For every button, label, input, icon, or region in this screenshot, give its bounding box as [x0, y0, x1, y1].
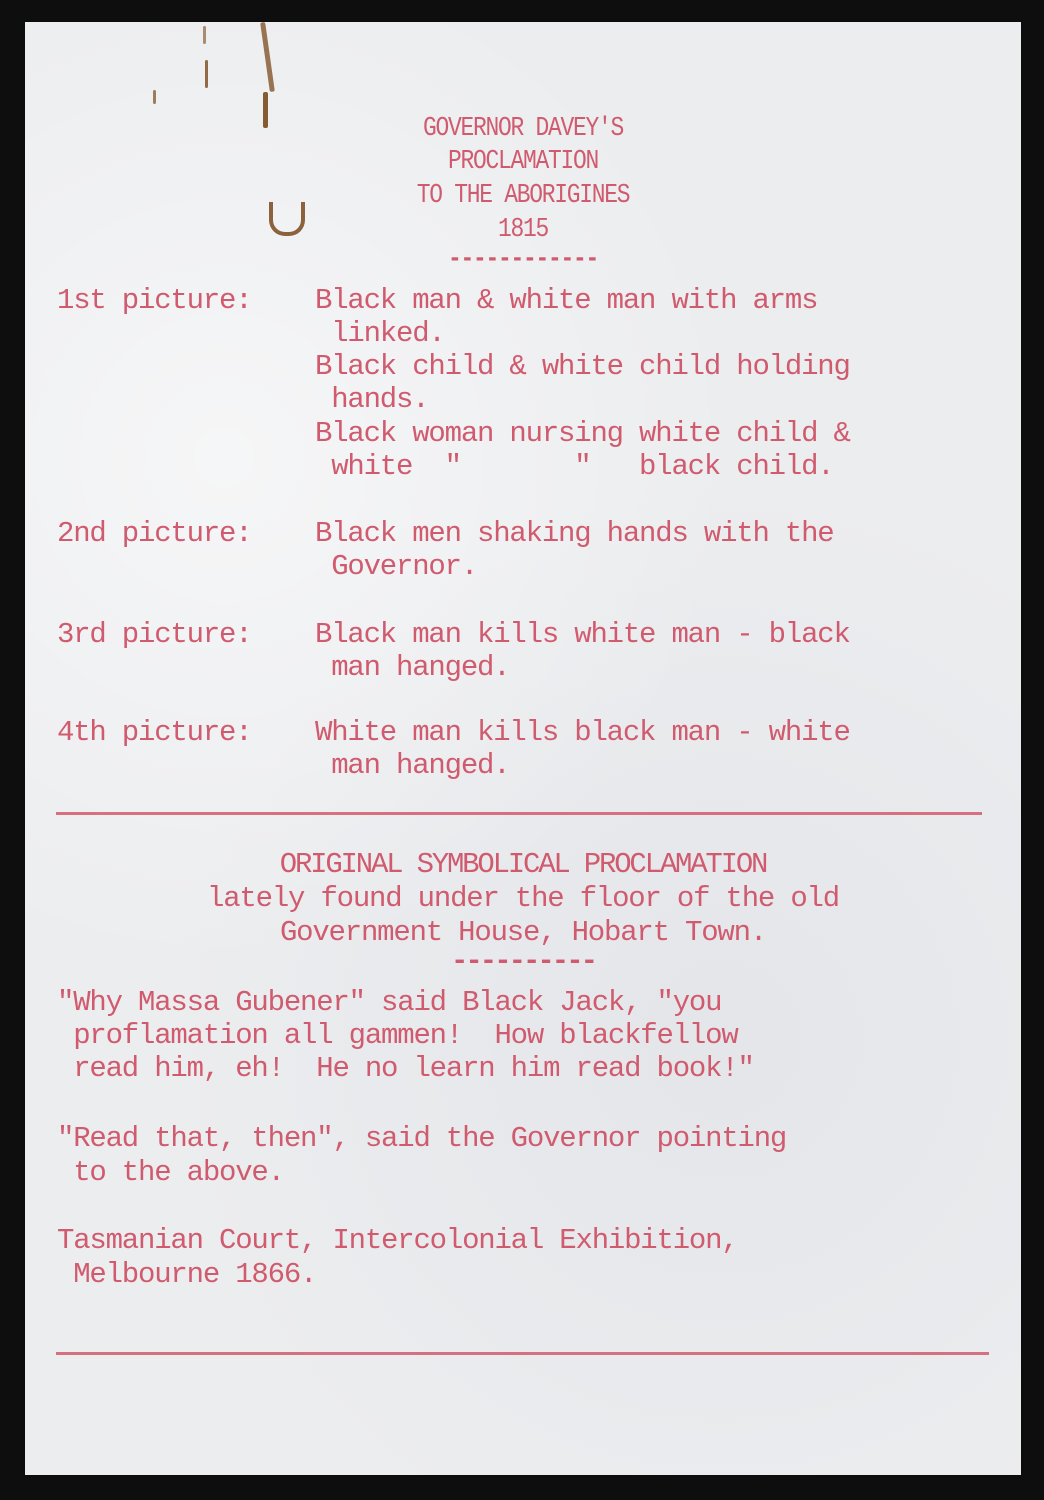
- section2-heading: ORIGINAL SYMBOLICAL PROCLAMATION: [25, 848, 1021, 881]
- picture-line: man hanged.: [315, 749, 509, 782]
- typed-document-page: GOVERNOR DAVEY'S PROCLAMATION TO THE ABO…: [25, 22, 1021, 1475]
- picture-line: Black man kills white man - black: [315, 618, 850, 651]
- quote-1-line: read him, eh! He no learn him read book!…: [57, 1052, 754, 1085]
- rust-stain: [153, 90, 156, 104]
- picture-label: 3rd picture:: [57, 618, 251, 651]
- picture-line: Black child & white child holding: [315, 350, 850, 383]
- picture-label: 4th picture:: [57, 716, 251, 749]
- quote-1-line: proflamation all gammen! How blackfellow: [57, 1019, 738, 1052]
- picture-label: 2nd picture:: [57, 517, 251, 550]
- bottom-divider-rule: [56, 1352, 989, 1355]
- picture-label: 1st picture:: [57, 284, 251, 317]
- picture-line: White man kills black man - white: [315, 716, 850, 749]
- quote-2-line: to the above.: [57, 1156, 284, 1189]
- title-year: 1815: [100, 214, 947, 247]
- quote-2-line: "Read that, then", said the Governor poi…: [57, 1122, 786, 1155]
- title-divider: ------------: [100, 244, 947, 277]
- rust-stain: [203, 26, 206, 44]
- quote-1-line: "Why Massa Gubener" said Black Jack, "yo…: [57, 986, 721, 1019]
- picture-line: linked.: [315, 317, 445, 350]
- picture-line: white " " black child.: [315, 450, 834, 483]
- section2-subheading: lately found under the floor of the old: [25, 882, 1021, 915]
- rust-stain: [260, 22, 275, 92]
- title-line: PROCLAMATION: [100, 146, 947, 179]
- source-line: Melbourne 1866.: [57, 1258, 316, 1291]
- picture-line: Black woman nursing white child &: [315, 417, 850, 450]
- source-line: Tasmanian Court, Intercolonial Exhibitio…: [57, 1224, 738, 1257]
- picture-line: Governor.: [315, 550, 477, 583]
- rust-stain: [205, 60, 208, 88]
- picture-line: hands.: [315, 383, 428, 416]
- picture-line: man hanged.: [315, 651, 509, 684]
- section2-divider: ----------: [25, 945, 1021, 978]
- picture-line: Black men shaking hands with the: [315, 517, 834, 550]
- section-divider-rule: [56, 812, 982, 815]
- picture-line: Black man & white man with arms: [315, 284, 817, 317]
- title-line: TO THE ABORIGINES: [100, 180, 947, 213]
- title-line: GOVERNOR DAVEY'S: [100, 113, 947, 146]
